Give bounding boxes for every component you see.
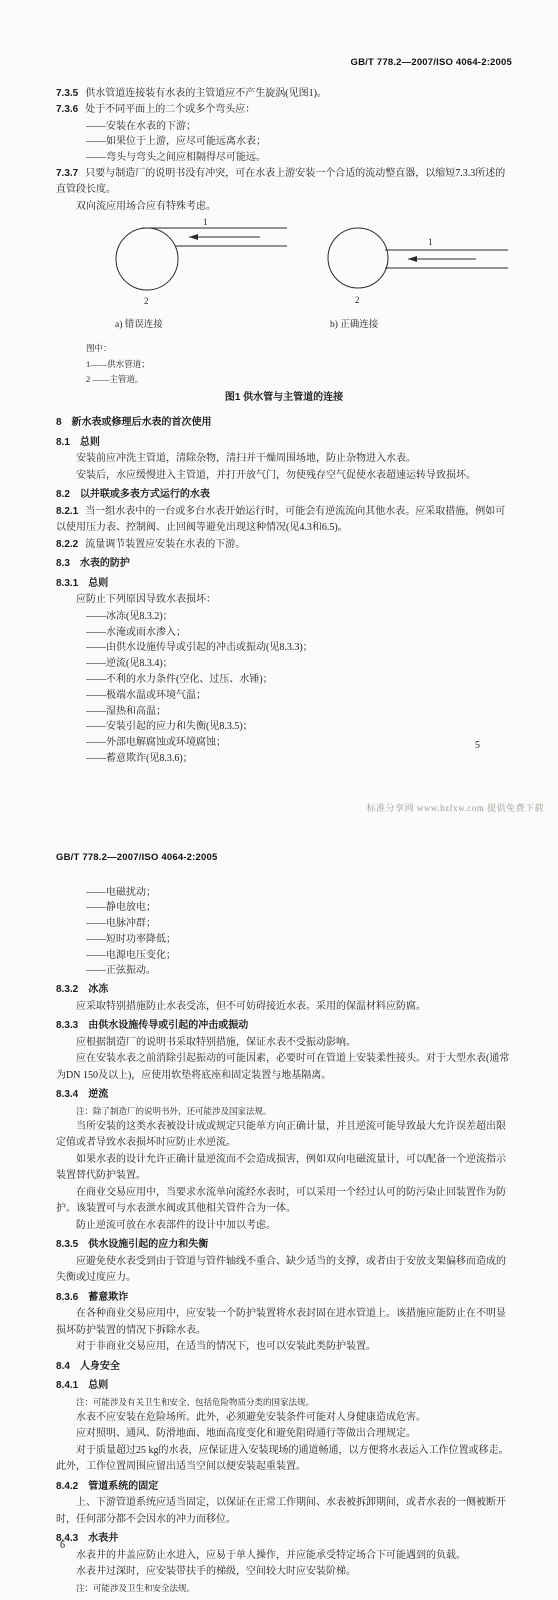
section-heading: 8.1 总则 [56, 435, 512, 452]
flow-arrow-left [408, 256, 417, 262]
callout-2: 2 [144, 296, 149, 306]
clause-text: 供水管道连接装有水表的主管道应不产生旋涡(见图1)。 [85, 88, 327, 99]
section-heading: 8.3.2 冰冻 [56, 982, 512, 999]
section-heading: 8.2 以并联或多表方式运行的水表 [56, 487, 512, 504]
clause: 7.3.7只要与制造厂的说明书没有冲突，可在水表上游安装一个合适的流动整直器，以… [56, 166, 512, 199]
callout-2: 2 [355, 295, 360, 305]
section-heading: 8.4.3 水表井 [56, 1531, 512, 1548]
list-item: ——电磁扰动； [86, 885, 512, 901]
list-item: ——蓄意欺诈(见8.3.6)； [86, 751, 512, 767]
legend-item: 1——供水管道； [86, 357, 512, 373]
figure-label-b: b) 正确连接 [330, 318, 379, 330]
paragraph: 如果水表的设计允许正确计量逆流而不会造成损害，例如双向电磁流量计，可以配备一个逆… [56, 1152, 512, 1185]
paragraph: 水表井的井盖应防止水进入，应易于单人操作，并应能承受特定场合下可能遇到的负载。 [56, 1548, 512, 1565]
page-5: GB/T 778.2—2007/ISO 4064-2:2005 7.3.5供水管… [0, 0, 558, 835]
callout-1: 1 [203, 217, 208, 227]
flow-arrow-left [189, 234, 198, 240]
list-item: ——弯头与弯头之间应相隔得尽可能远。 [86, 150, 512, 166]
paragraph: 安装后，水应缓慢进入主管道，并打开放气门，勿使残存空气促使水表超速运转导致损坏。 [56, 468, 512, 485]
paragraph: 当所安装的这类水表被设计成或规定只能单方向正确计量，并且逆流可能导致最大允许误差… [56, 1119, 512, 1152]
paragraph: 防止逆流可放在水表部件的设计中加以考虑。 [56, 1218, 512, 1235]
list-item: ——不利的水力条件(空化、过压、水锤)； [86, 672, 512, 688]
paragraph: 在商业交易应用中，当要求水流单向流经水表时，可以采用一个经过认可的防污染止回装置… [56, 1185, 512, 1218]
section-heading: 8.3.4 逆流 [56, 1087, 512, 1104]
figure-label-a: a) 错误连接 [115, 318, 163, 330]
paragraph: 应在安装水表之前消除引起振动的可能因素，必要时可在管道上安装柔性接头。对于大型水… [56, 1051, 512, 1084]
paragraph: 水表不应安装在危险场所。此外，必须避免安装条件可能对人身健康造成危害。 [56, 1410, 512, 1427]
watermark-text: 标准分享网 www.bzfxw.com 提供免费下载 [367, 800, 544, 817]
section-8-body: 8 新水表或修理后水表的首次使用8.1 总则安装前应冲洗主管道，清除杂物，清扫并… [56, 415, 512, 766]
legend-item: 2 ——主管道。 [86, 372, 512, 388]
list-item: ——水淹或雨水渗入； [86, 625, 512, 641]
list-item: ——正弦振动。 [86, 963, 512, 979]
list-item: ——极端水温或环境气温； [86, 688, 512, 704]
clause-number: 8.2.1 [56, 506, 78, 517]
paragraph: 上、下游管道系统应适当固定，以保证在正常工作期间、水表被拆卸期间，或者水表的一侧… [56, 1495, 512, 1528]
clause-number: 7.3.7 [56, 168, 78, 179]
paragraph: 应对照明、通风、防滑地面、地面高度变化和避免阻碍通行等做出合理规定。 [56, 1426, 512, 1443]
paragraph: 对于质量超过25 kg的水表，应保证进入安装现场的通道畅通，以方便将水表运入工作… [56, 1443, 512, 1476]
paragraph: 双向流应用场合应有特殊考虑。 [56, 199, 512, 216]
list-item: ——湿热和高温； [86, 704, 512, 720]
clause-number: 7.3.5 [56, 88, 78, 99]
pipe-connection-diagram: 1 2 a) 错误连接 1 2 b) 正确连接 [56, 217, 512, 335]
list-item: ——逆流(见8.3.4)； [86, 656, 512, 672]
clause: 8.2.2流量调节装置应安装在水表的下游。 [56, 537, 512, 554]
list-item: ——安装引起的应力和失衡(见8.3.5)； [86, 719, 512, 735]
diagram-wrong-connection [116, 228, 287, 290]
note: 注：可能涉及卫生和安全法规。 [76, 1581, 512, 1596]
clause: 7.3.6处于不同平面上的二个或多个弯头应： [56, 102, 512, 119]
page-number: 5 [475, 738, 480, 755]
paragraph: 安装前应冲洗主管道，清除杂物，清扫并干燥周围场地，防止杂物进入水表。 [56, 451, 512, 468]
section-heading: 8.4.2 管道系统的固定 [56, 1479, 512, 1496]
note: 注：可能涉及有关卫生和安全、包括危险物质分类的国家法规。 [76, 1395, 512, 1410]
clause-number: 8.2.2 [56, 539, 78, 550]
paragraph: 应采取特别措施防止水表受冻，但不可妨碍接近水表。采用的保温材料应防腐。 [56, 999, 512, 1016]
section-heading: 8.4 人身安全 [56, 1359, 512, 1376]
section-heading: 8.3.3 由供水设施传导或引起的冲击或振动 [56, 1018, 512, 1035]
list-item: ——由供水设施传导或引起的冲击或振动(见8.3.3)； [86, 640, 512, 656]
note: 注：除了制造厂的说明书外，还可能涉及国家法规。 [76, 1104, 512, 1119]
list-item: ——电脉冲群； [86, 916, 512, 932]
list-item: ——短时功率降低； [86, 932, 512, 948]
clause-number: 7.3.6 [56, 104, 78, 115]
paragraph: 对于非商业交易应用，在适当的情况下，也可以安装此类防护装置。 [56, 1339, 512, 1356]
list-item: ——如果位于上游，应尽可能远离水表； [86, 134, 512, 150]
paragraph: 在各种商业交易应用中，应安装一个防护装置将水表封固在进水管道上。该措施应能防止在… [56, 1306, 512, 1339]
paragraph: 应根据制造厂的说明书采取特别措施，保证水表不受振动影响。 [56, 1035, 512, 1052]
section-heading: 8.3.6 蓄意欺诈 [56, 1290, 512, 1307]
section-7-3-body: 7.3.5供水管道连接装有水表的主管道应不产生旋涡(见图1)。7.3.6处于不同… [56, 86, 512, 216]
clause-text: 处于不同平面上的二个或多个弯头应： [85, 104, 255, 115]
list-item: ——外部电解腐蚀或环境腐蚀； [86, 735, 512, 751]
page-6: GB/T 778.2—2007/ISO 4064-2:2005 ——电磁扰动；—… [0, 838, 558, 1600]
document-scan: { "header": { "standard_code": "GB/T 778… [0, 0, 558, 1600]
section-heading: 8.3.5 供水设施引起的应力和失衡 [56, 1237, 512, 1254]
clause: 7.3.5供水管道连接装有水表的主管道应不产生旋涡(见图1)。 [56, 86, 512, 103]
section-heading: 8.4.1 总则 [56, 1378, 512, 1395]
clause-text: 当一组水表中的一台或多台水表开始运行时，可能会有逆流流向其他水表。应采取措施，例… [56, 506, 505, 534]
clause: 8.2.1当一组水表中的一台或多台水表开始运行时，可能会有逆流流向其他水表。应采… [56, 504, 512, 537]
list-item: ——静电放电； [86, 900, 512, 916]
legend-title: 图中： [86, 341, 512, 357]
section-heading: 8.3 水表的防护 [56, 556, 512, 573]
figure-1: 1 2 a) 错误连接 1 2 b) 正确连接 [56, 217, 512, 335]
page-header-standard-code: GB/T 778.2—2007/ISO 4064-2:2005 [56, 838, 512, 867]
section-8-continued-body: ——电磁扰动；——静电放电；——电脉冲群；——短时功率降低；——电源电压变化；—… [56, 885, 512, 1596]
list-item: ——安装在水表的下游； [86, 119, 512, 135]
paragraph: 应避免使水表受到由于管道与管件轴线不重合、缺少适当的支撑，或者由于安放支架偏移而… [56, 1254, 512, 1287]
list-item: ——冰冻(见8.3.2)； [86, 609, 512, 625]
figure-legend: 图中： 1——供水管道； 2 ——主管道。 [86, 341, 512, 388]
chapter-heading: 8 新水表或修理后水表的首次使用 [56, 415, 512, 432]
callout-1: 1 [428, 237, 433, 247]
page-header-standard-code: GB/T 778.2—2007/ISO 4064-2:2005 [56, 0, 512, 72]
clause-text: 只要与制造厂的说明书没有冲突，可在水表上游安装一个合适的流动整直器，以缩短7.3… [56, 168, 505, 196]
figure-caption: 图1 供水管与主管道的连接 [56, 390, 512, 407]
page-number: 6 [60, 1538, 65, 1555]
diagram-correct-connection [328, 228, 508, 288]
list-item: ——电源电压变化； [86, 948, 512, 964]
section-heading: 8.3.1 总则 [56, 576, 512, 593]
clause-text: 流量调节装置应安装在水表的下游。 [85, 539, 245, 550]
paragraph: 水表井过深时，应安装带扶手的梯级，空间较大时应安装阶梯。 [56, 1564, 512, 1581]
paragraph: 应防止下列原因导致水表损坏： [56, 592, 512, 609]
